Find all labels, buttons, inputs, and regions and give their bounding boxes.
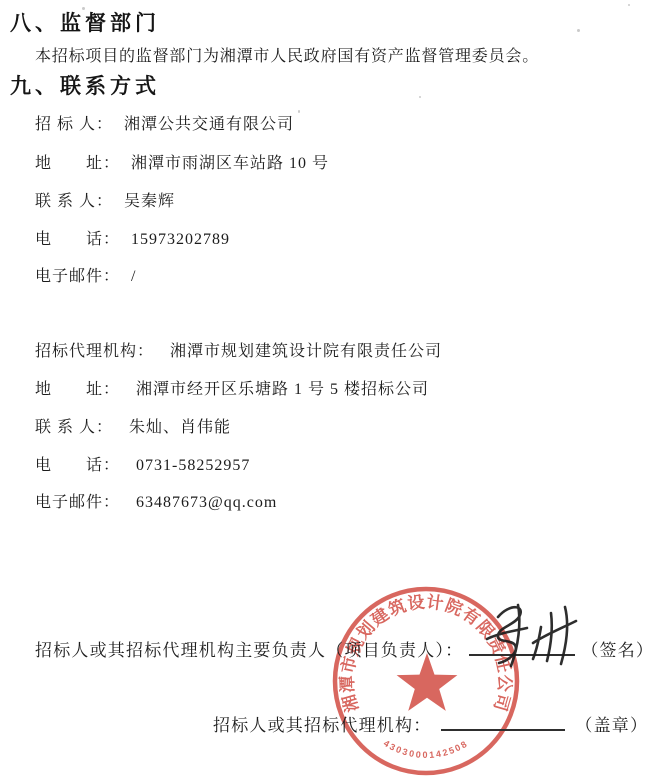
agency-phone-row: 电 话：0731-58252957 <box>35 452 250 475</box>
organization-seal-line: 招标人或其招标代理机构：（盖章） <box>213 711 648 736</box>
seal-serial-number: 4303000142508 <box>382 738 470 760</box>
signature-underline <box>469 638 575 656</box>
agency-name-row: 招标代理机构：湘潭市规划建筑设计院有限责任公司 <box>35 338 442 361</box>
field-label: 电 话： <box>35 457 120 474</box>
bidder-email-row: 电子邮件：/ <box>35 263 136 286</box>
field-value: 朱灿、肖伟能 <box>129 419 231 436</box>
scan-speck <box>628 4 630 6</box>
scan-speck <box>577 29 580 32</box>
seal-suffix: （盖章） <box>575 716 648 735</box>
field-label: 招 标 人： <box>35 116 113 133</box>
responsible-person-signature-line: 招标人或其招标代理机构主要负责人（项目负责人）：（签名） <box>35 636 654 661</box>
company-seal-stamp: 湘潭市规划建筑设计院有限责任公司 4303000142508 <box>330 585 522 777</box>
field-label: 地 址： <box>35 155 120 172</box>
seal-star-icon <box>397 653 458 711</box>
field-label: 电 话： <box>35 231 120 248</box>
signature-line-label: 招标人或其招标代理机构主要负责人（项目负责人）： <box>35 641 463 660</box>
seal-ring <box>335 589 517 773</box>
seal-graphic: 湘潭市规划建筑设计院有限责任公司 4303000142508 <box>330 585 522 777</box>
section-heading-supervision: 八、监督部门 <box>10 7 160 37</box>
field-label: 电子邮件： <box>35 494 120 511</box>
signature-suffix: （签名） <box>581 641 654 660</box>
field-label: 联 系 人： <box>35 419 113 436</box>
agency-address-row: 地 址：湘潭市经开区乐塘路 1 号 5 楼招标公司 <box>35 376 429 399</box>
agency-contact-person-row: 联 系 人：朱灿、肖伟能 <box>35 414 231 437</box>
bidder-name-row: 招 标 人：湘潭公共交通有限公司 <box>35 111 294 134</box>
section-heading-contact: 九、联系方式 <box>10 70 160 100</box>
bidder-address-row: 地 址：湘潭市雨湖区车站路 10 号 <box>35 150 329 173</box>
agency-email-row: 电子邮件：63487673@qq.com <box>35 489 277 512</box>
seal-line-label: 招标人或其招标代理机构： <box>213 716 431 735</box>
field-value: 湘潭市雨湖区车站路 10 号 <box>131 155 329 172</box>
seal-underline <box>441 713 565 731</box>
field-value: 63487673@qq.com <box>136 494 277 511</box>
scan-speck <box>419 96 421 98</box>
field-value: 吴秦辉 <box>124 193 175 210</box>
field-value: 湘潭市规划建筑设计院有限责任公司 <box>170 343 442 360</box>
scan-speck <box>82 7 85 10</box>
document-page: 八、监督部门 本招标项目的监督部门为湘潭市人民政府国有资产监督管理委员会。 九、… <box>0 0 669 777</box>
field-label: 电子邮件： <box>35 268 120 285</box>
field-label: 联 系 人： <box>35 193 113 210</box>
field-label: 招标代理机构： <box>35 343 154 360</box>
supervision-body-text: 本招标项目的监督部门为湘潭市人民政府国有资产监督管理委员会。 <box>35 43 539 66</box>
field-label: 地 址： <box>35 381 120 398</box>
field-value: 0731-58252957 <box>136 457 250 474</box>
field-value: / <box>131 268 136 285</box>
field-value: 湘潭公共交通有限公司 <box>124 116 294 133</box>
scan-speck <box>298 110 300 113</box>
bidder-contact-person-row: 联 系 人：吴秦辉 <box>35 188 175 211</box>
field-value: 15973202789 <box>131 231 230 248</box>
field-value: 湘潭市经开区乐塘路 1 号 5 楼招标公司 <box>136 381 429 398</box>
bidder-phone-row: 电 话：15973202789 <box>35 226 230 249</box>
